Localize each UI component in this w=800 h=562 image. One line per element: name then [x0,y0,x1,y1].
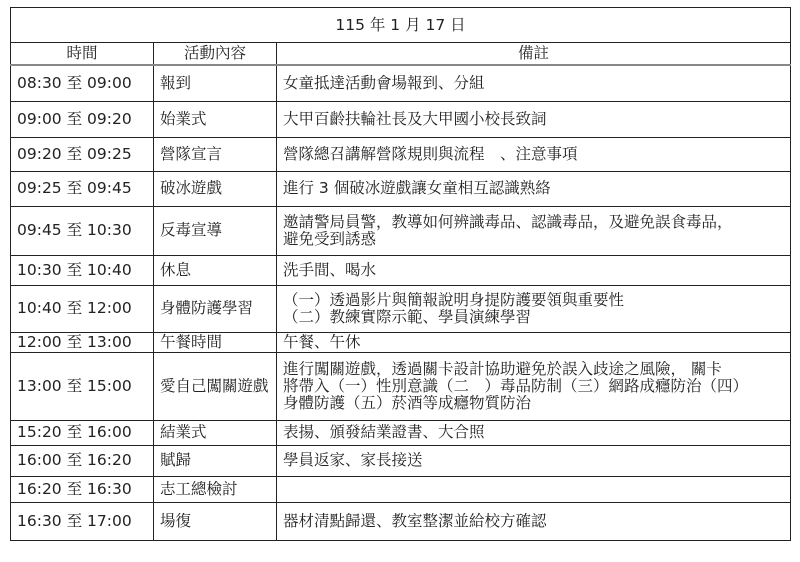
activity-cell: 營隊宣言 [154,137,277,171]
activity-cell: 午餐時間 [154,332,277,352]
notes-line: 女童抵達活動會場報到、分組 [283,75,784,92]
notes-cell [277,476,791,502]
activity-cell: 破冰遊戲 [154,171,277,206]
notes-cell: 大甲百齡扶輪社長及大甲國小校長致詞 [277,101,791,137]
time-cell: 16:30 至 17:00 [11,502,154,540]
notes-line: 將帶入（一）性別意識（二 ）毒品防制（三）網路成癮防治（四） [283,378,784,395]
notes-line: 進行 3 個破冰遊戲讓女童相互認識熟絡 [283,180,784,197]
column-header-time: 時間 [11,43,154,66]
table-row: 15:20 至 16:00結業式表揚、頒發結業證書、大合照 [11,420,791,445]
time-cell: 08:30 至 09:00 [11,65,154,101]
time-cell: 16:20 至 16:30 [11,476,154,502]
time-cell: 09:45 至 10:30 [11,206,154,255]
activity-cell: 身體防護學習 [154,285,277,332]
time-cell: 09:20 至 09:25 [11,137,154,171]
notes-line: 大甲百齡扶輪社長及大甲國小校長致詞 [283,111,784,128]
activity-cell: 賦歸 [154,445,277,476]
notes-line: 進行闖關遊戲，透過關卡設計協助避免於誤入歧途之風險， 關卡 [283,361,784,378]
table-row: 08:30 至 09:00報到女童抵達活動會場報到、分組 [11,65,791,101]
notes-cell: 器材清點歸還、教室整潔並給校方確認 [277,502,791,540]
notes-line: 器材清點歸還、教室整潔並給校方確認 [283,513,784,530]
notes-line: （二）教練實際示範、學員演練學習 [283,309,784,326]
table-row: 16:30 至 17:00場復器材清點歸還、教室整潔並給校方確認 [11,502,791,540]
notes-line: 學員返家、家長接送 [283,452,784,469]
table-row: 09:20 至 09:25營隊宣言營隊總召講解營隊規則與流程 、注意事項 [11,137,791,171]
schedule-table: 115 年 1 月 17 日 時間 活動內容 備註 08:30 至 09:00報… [10,7,791,541]
notes-cell: 進行闖關遊戲，透過關卡設計協助避免於誤入歧途之風險， 關卡將帶入（一）性別意識（… [277,352,791,420]
activity-cell: 反毒宣導 [154,206,277,255]
time-cell: 13:00 至 15:00 [11,352,154,420]
time-cell: 10:30 至 10:40 [11,255,154,285]
schedule-body: 08:30 至 09:00報到女童抵達活動會場報到、分組09:00 至 09:2… [11,65,791,540]
activity-cell: 志工總檢討 [154,476,277,502]
date-title-row: 115 年 1 月 17 日 [11,8,791,43]
notes-line: （一）透過影片與簡報說明身提防護要領與重要性 [283,292,784,309]
time-cell: 16:00 至 16:20 [11,445,154,476]
activity-cell: 愛自己闖關遊戲 [154,352,277,420]
column-header-row: 時間 活動內容 備註 [11,43,791,66]
date-title: 115 年 1 月 17 日 [11,8,791,43]
table-row: 09:25 至 09:45破冰遊戲進行 3 個破冰遊戲讓女童相互認識熟絡 [11,171,791,206]
table-row: 16:20 至 16:30志工總檢討 [11,476,791,502]
table-row: 16:00 至 16:20賦歸學員返家、家長接送 [11,445,791,476]
time-cell: 12:00 至 13:00 [11,332,154,352]
activity-cell: 結業式 [154,420,277,445]
notes-cell: 學員返家、家長接送 [277,445,791,476]
notes-cell: 午餐、午休 [277,332,791,352]
column-header-activity: 活動內容 [154,43,277,66]
table-row: 12:00 至 13:00午餐時間午餐、午休 [11,332,791,352]
notes-cell: 進行 3 個破冰遊戲讓女童相互認識熟絡 [277,171,791,206]
notes-cell: 營隊總召講解營隊規則與流程 、注意事項 [277,137,791,171]
notes-cell: 女童抵達活動會場報到、分組 [277,65,791,101]
time-cell: 09:00 至 09:20 [11,101,154,137]
time-cell: 15:20 至 16:00 [11,420,154,445]
notes-line: 身體防護（五）菸酒等成癮物質防治 [283,395,784,412]
table-row: 10:30 至 10:40休息洗手間、喝水 [11,255,791,285]
activity-cell: 始業式 [154,101,277,137]
notes-line: 洗手間、喝水 [283,262,784,279]
time-cell: 10:40 至 12:00 [11,285,154,332]
table-row: 13:00 至 15:00愛自己闖關遊戲進行闖關遊戲，透過關卡設計協助避免於誤入… [11,352,791,420]
notes-cell: 洗手間、喝水 [277,255,791,285]
activity-cell: 休息 [154,255,277,285]
notes-line: 營隊總召講解營隊規則與流程 、注意事項 [283,146,784,163]
activity-cell: 場復 [154,502,277,540]
notes-line: 午餐、午休 [283,334,784,351]
notes-line: 邀請警局員警，教導如何辨識毒品、認識毒品，及避免誤食毒品， [283,214,784,231]
table-row: 10:40 至 12:00身體防護學習（一）透過影片與簡報說明身提防護要領與重要… [11,285,791,332]
activity-cell: 報到 [154,65,277,101]
column-header-notes: 備註 [277,43,791,66]
notes-line: 表揚、頒發結業證書、大合照 [283,424,784,441]
notes-line: 避免受到誘惑 [283,231,784,248]
notes-cell: 表揚、頒發結業證書、大合照 [277,420,791,445]
notes-cell: （一）透過影片與簡報說明身提防護要領與重要性（二）教練實際示範、學員演練學習 [277,285,791,332]
time-cell: 09:25 至 09:45 [11,171,154,206]
table-row: 09:45 至 10:30反毒宣導邀請警局員警，教導如何辨識毒品、認識毒品，及避… [11,206,791,255]
table-row: 09:00 至 09:20始業式大甲百齡扶輪社長及大甲國小校長致詞 [11,101,791,137]
notes-cell: 邀請警局員警，教導如何辨識毒品、認識毒品，及避免誤食毒品，避免受到誘惑 [277,206,791,255]
